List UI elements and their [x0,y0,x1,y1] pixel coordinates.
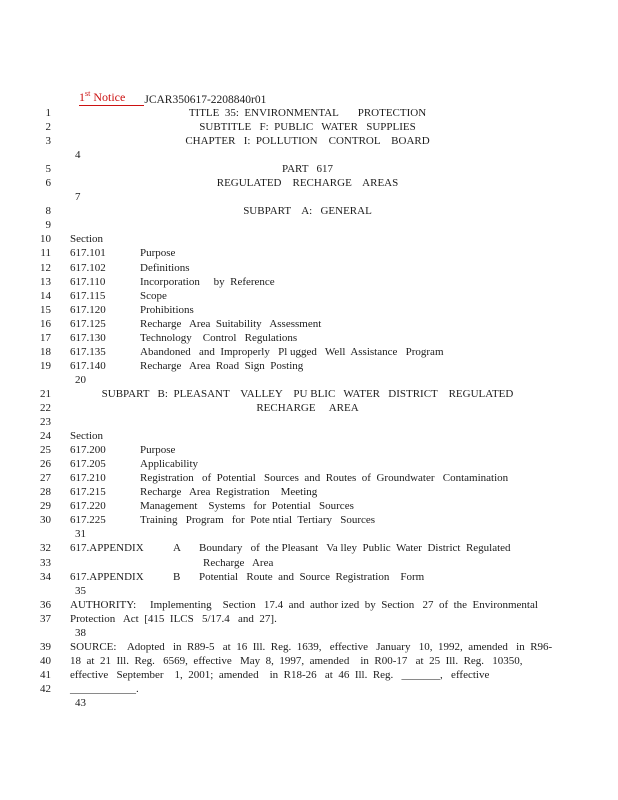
document-line: 35 [0,584,618,598]
line-number: 24 [28,429,51,443]
section-number: 617.140 [70,359,106,373]
document-line: 43 [0,696,618,710]
line-number: 23 [28,415,51,429]
line-text: PART 617 [70,162,545,176]
document-line: 20 [0,373,618,387]
line-number: 9 [28,218,51,232]
line-number: 12 [28,261,51,275]
section-title: Scope [140,289,167,303]
document-line: 12617.102Definitions [0,261,618,275]
section-title: Recharge Area Road Sign Posting [140,359,303,373]
line-number: 7 [75,190,81,204]
section-title: Recharge Area Suitability Assessment [140,317,321,331]
line-number: 22 [28,401,51,415]
document-line: 13617.110Incorporation by Reference [0,275,618,289]
document-line: 36AUTHORITY: Implementing Section 17.4 a… [0,598,618,612]
line-text: Section [70,232,103,246]
document-line: 39SOURCE: Adopted in R89-5 at 16 Ill. Re… [0,640,618,654]
line-number: 35 [75,584,86,598]
line-number: 18 [28,345,51,359]
line-number: 17 [28,331,51,345]
line-number: 30 [28,513,51,527]
line-text: SOURCE: Adopted in R89-5 at 16 Ill. Reg.… [70,640,552,654]
document-line: 23 [0,415,618,429]
document-line: 3CHAPTER I: POLLUTION CONTROL BOARD [0,134,618,148]
section-number: 617.220 [70,499,106,513]
line-text: effective September 1, 2001; amended in … [70,668,489,682]
line-number: 41 [28,668,51,682]
line-number: 21 [28,387,51,401]
notice-word: Notice [90,90,125,104]
document-line: 4 [0,148,618,162]
document-line: 1TITLE 35: ENVIRONMENTAL PROTECTION [0,106,618,120]
section-number: 617.215 [70,485,106,499]
line-text: REGULATED RECHARGE AREAS [70,176,545,190]
line-number: 32 [28,541,51,555]
line-number: 39 [28,640,51,654]
line-text: Section [70,429,103,443]
document-line: 33Recharge Area [0,556,618,570]
document-line: 2SUBTITLE F: PUBLIC WATER SUPPLIES [0,120,618,134]
line-number: 2 [28,120,51,134]
document-line: 8SUBPART A: GENERAL [0,204,618,218]
line-number: 27 [28,471,51,485]
section-title: Incorporation by Reference [140,275,275,289]
section-number: 617.200 [70,443,106,457]
line-text: 18 at 21 Ill. Reg. 6569, effective May 8… [70,654,523,668]
section-number: 617.120 [70,303,106,317]
line-number: 4 [75,148,81,162]
document-line: 30617.225Training Program for Pote ntial… [0,513,618,527]
appendix-letter: A [173,541,181,555]
document-line: 42____________. [0,682,618,696]
line-number: 38 [75,626,86,640]
first-notice-label: 1st Notice [79,89,144,106]
section-title: Registration of Potential Sources and Ro… [140,471,508,485]
line-text: AUTHORITY: Implementing Section 17.4 and… [70,598,538,612]
line-number: 28 [28,485,51,499]
line-text: Protection Act [415 ILCS 5/17.4 and 27]. [70,612,277,626]
document-page: 1st NoticeJCAR350617-2208840r01 1TITLE 3… [0,0,618,800]
section-number: 617.130 [70,331,106,345]
line-number: 37 [28,612,51,626]
line-number: 42 [28,682,51,696]
line-number: 34 [28,570,51,584]
section-title: Abandoned and Improperly Pl ugged Well A… [140,345,444,359]
document-line: 25617.200Purpose [0,443,618,457]
section-title: Purpose [140,246,175,260]
section-title: Recharge Area Registration Meeting [140,485,317,499]
line-text: CHAPTER I: POLLUTION CONTROL BOARD [70,134,545,148]
document-line: 14617.115Scope [0,289,618,303]
section-number: 617.115 [70,289,105,303]
appendix-number: 617.APPENDIX [70,570,144,584]
document-line: 11617.101Purpose [0,246,618,260]
document-line: 28617.215Recharge Area Registration Meet… [0,485,618,499]
line-number: 29 [28,499,51,513]
line-number: 25 [28,443,51,457]
line-text: SUBPART B: PLEASANT VALLEY PU BLIC WATER… [70,387,545,401]
document-line: 10Section [0,232,618,246]
appendix-letter: B [173,570,180,584]
document-line: 32617.APPENDIXABoundary of the Pleasant … [0,541,618,555]
appendix-description: Boundary of the Pleasant Va lley Public … [199,541,511,555]
section-title: Applicability [140,457,198,471]
line-number: 43 [75,696,86,710]
appendix-number: 617.APPENDIX [70,541,144,555]
section-title: Technology Control Regulations [140,331,297,345]
section-number: 617.102 [70,261,106,275]
line-number: 20 [75,373,86,387]
line-number: 3 [28,134,51,148]
document-line: 38 [0,626,618,640]
document-line: 9 [0,218,618,232]
line-text: SUBPART A: GENERAL [70,204,545,218]
document-line: 31 [0,527,618,541]
section-title: Management Systems for Potential Sources [140,499,354,513]
line-number: 15 [28,303,51,317]
line-number: 33 [28,556,51,570]
line-number: 1 [28,106,51,120]
document-line: 27617.210Registration of Potential Sourc… [0,471,618,485]
line-number: 31 [75,527,86,541]
document-line: 41effective September 1, 2001; amended i… [0,668,618,682]
line-number: 36 [28,598,51,612]
section-title: Purpose [140,443,175,457]
line-number: 6 [28,176,51,190]
line-number: 26 [28,457,51,471]
document-line: 26617.205Applicability [0,457,618,471]
line-number: 14 [28,289,51,303]
document-line: 6REGULATED RECHARGE AREAS [0,176,618,190]
line-number: 8 [28,204,51,218]
document-line: 19617.140Recharge Area Road Sign Posting [0,359,618,373]
line-number: 13 [28,275,51,289]
section-number: 617.225 [70,513,106,527]
section-number: 617.101 [70,246,106,260]
document-line: 5PART 617 [0,162,618,176]
line-number: 40 [28,654,51,668]
document-line: 34617.APPENDIXBPotential Route and Sourc… [0,570,618,584]
document-line: 7 [0,190,618,204]
line-number: 19 [28,359,51,373]
section-number: 617.110 [70,275,105,289]
line-text: TITLE 35: ENVIRONMENTAL PROTECTION [70,106,545,120]
document-body: 1TITLE 35: ENVIRONMENTAL PROTECTION2SUBT… [0,106,618,710]
appendix-description: Recharge Area [203,556,273,570]
line-number: 11 [28,246,51,260]
document-line: 37Protection Act [415 ILCS 5/17.4 and 27… [0,612,618,626]
document-line: 22RECHARGE AREA [0,401,618,415]
section-title: Prohibitions [140,303,194,317]
docket-number: JCAR350617-2208840r01 [144,94,266,106]
document-line: 17617.130Technology Control Regulations [0,331,618,345]
appendix-description: Potential Route and Source Registration … [199,570,424,584]
section-title: Training Program for Pote ntial Tertiary… [140,513,375,527]
document-line: 24Section [0,429,618,443]
document-line: 18617.135Abandoned and Improperly Pl ugg… [0,345,618,359]
document-line: 15617.120Prohibitions [0,303,618,317]
section-number: 617.205 [70,457,106,471]
document-line: 21SUBPART B: PLEASANT VALLEY PU BLIC WAT… [0,387,618,401]
section-number: 617.135 [70,345,106,359]
section-number: 617.210 [70,471,106,485]
document-line: 4018 at 21 Ill. Reg. 6569, effective May… [0,654,618,668]
line-text: RECHARGE AREA [70,401,545,415]
section-title: Definitions [140,261,190,275]
document-line: 29617.220Management Systems for Potentia… [0,499,618,513]
line-number: 16 [28,317,51,331]
document-line: 16617.125Recharge Area Suitability Asses… [0,317,618,331]
line-text: SUBTITLE F: PUBLIC WATER SUPPLIES [70,120,545,134]
section-number: 617.125 [70,317,106,331]
line-number: 10 [28,232,51,246]
line-number: 5 [28,162,51,176]
line-text: ____________. [70,682,139,696]
